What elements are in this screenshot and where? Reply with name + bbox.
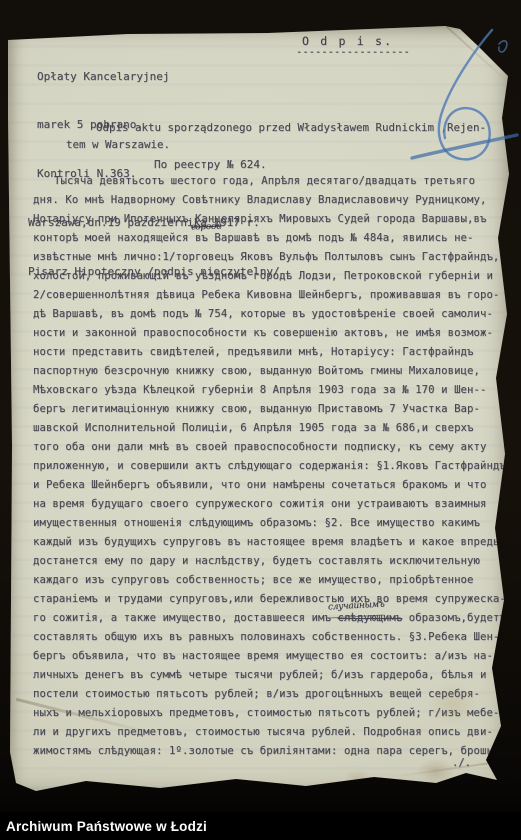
handwritten-insert-word: города bbox=[191, 217, 222, 237]
body-line: жимостямъ слѣдующая: 1º.золотые съ брилі… bbox=[33, 742, 511, 761]
body-line: ли и другихъ предметовъ, стоимостью тыся… bbox=[33, 723, 511, 742]
body-line: паспортную безсрочную книжку свою, выдан… bbox=[33, 362, 511, 381]
body-line-with-correction: го сожитія, а также имущество, доставшее… bbox=[33, 609, 511, 628]
body-line: того оба они дали мнѣ въ своей правоспос… bbox=[33, 438, 511, 457]
body-line: стараніемъ и трудами супруговъ,или береж… bbox=[33, 590, 511, 609]
stamp-line: Opłaty Kancelaryjnej bbox=[28, 69, 280, 85]
body-line: приложенную, и совершили актъ слѣдующаго… bbox=[33, 457, 511, 476]
body-line: Тысяча девятьсотъ шестого года, Апрѣля д… bbox=[33, 172, 511, 191]
six-stroke bbox=[439, 30, 492, 159]
body-line: и Ребека Шейнбергъ объявили, что они нам… bbox=[33, 476, 511, 495]
copy-note-line: tem w Warszawie. bbox=[66, 138, 170, 151]
body-line: на время будущаго своего супружеского со… bbox=[33, 495, 511, 514]
handwritten-correction-word: случайнымъ bbox=[328, 596, 385, 619]
body-line: имущественныя отношенія слѣдующимъ образ… bbox=[33, 514, 511, 533]
pen-flourish bbox=[499, 41, 507, 52]
odpis-underline: ------------------ bbox=[296, 46, 410, 58]
body-line: дня. Ко мнѣ Надворному Совѣтнику Владисл… bbox=[33, 191, 511, 210]
body-line: холостой, проживающій въ уѣздномъ городѣ… bbox=[33, 267, 511, 286]
handwritten-page-number-mark: 6 bbox=[400, 24, 520, 174]
body-line: извѣстные мнѣ лично:1/торговецъ Яковъ Ву… bbox=[33, 248, 511, 267]
body-line: ности и законной правоспособности къ сов… bbox=[33, 324, 511, 343]
registry-number-line: По реестру № 624. bbox=[154, 158, 267, 171]
body-line: дѣ Варшавѣ, въ домѣ подъ № 754, которые … bbox=[33, 305, 511, 324]
body-line: бергъ объявила, что въ настоящее время и… bbox=[33, 647, 511, 666]
body-line: Нотаріусу при Ипотечныхъ Канцеляріяхъ Ми… bbox=[33, 210, 511, 229]
paper-stain bbox=[338, 766, 378, 792]
body-line: каждый изъ будущихъ супруговъ въ настоящ… bbox=[33, 533, 511, 552]
body-line: бергъ легитимаціонную книжку свою, выдан… bbox=[33, 400, 511, 419]
body-line: каждаго изъ супруговъ собственность; все… bbox=[33, 571, 511, 590]
body-line: достанется ему по дару и наслѣдству, буд… bbox=[33, 552, 511, 571]
body-line: Мѣховскаго уѣзда Кѣлецкой губерніи 8 Апр… bbox=[33, 381, 511, 400]
line-suffix: образомъ,будетъ bbox=[402, 612, 506, 624]
body-line: ныхъ и мельхіоровыхъ предметовъ, стоимос… bbox=[33, 704, 511, 723]
archive-footer-bar: Archiwum Państwowe w Łodzi bbox=[0, 812, 521, 840]
body-line: 2/совершеннолѣтняя дѣвица Ребека Кивовна… bbox=[33, 286, 511, 305]
blue-swoosh-line bbox=[412, 135, 517, 158]
body-line: постели стоимостью пятьсотъ рублей; в/из… bbox=[33, 685, 511, 704]
body-line: личныхъ денегъ въ суммѣ четыре тысячи ру… bbox=[33, 666, 511, 685]
deed-body-text: Тысяча девятьсотъ шестого года, Апрѣля д… bbox=[33, 172, 511, 761]
body-line: составлять общую ихъ въ равныхъ половина… bbox=[33, 628, 511, 647]
photo-background: Opłaty Kancelaryjnej marek 5 pobrano. Ko… bbox=[0, 0, 521, 840]
paper-crease bbox=[388, 760, 507, 779]
body-line: шавской Исполнительной Полиціи, 6 Апрѣля… bbox=[33, 419, 511, 438]
line-text: конторѣ моей находящейся въ Варшавѣ въ д… bbox=[33, 232, 474, 244]
body-line-with-insert: конторѣ моей находящейся въ Варшавѣ въ д… bbox=[33, 229, 511, 248]
body-line: ности представить свидѣтелей, предъявили… bbox=[33, 343, 511, 362]
line-prefix: го сожитія, а также имущество, доставшее… bbox=[33, 612, 337, 624]
archive-name-label: Archiwum Państwowe w Łodzi bbox=[6, 819, 207, 834]
page-continuation-mark: ./. bbox=[452, 757, 471, 769]
